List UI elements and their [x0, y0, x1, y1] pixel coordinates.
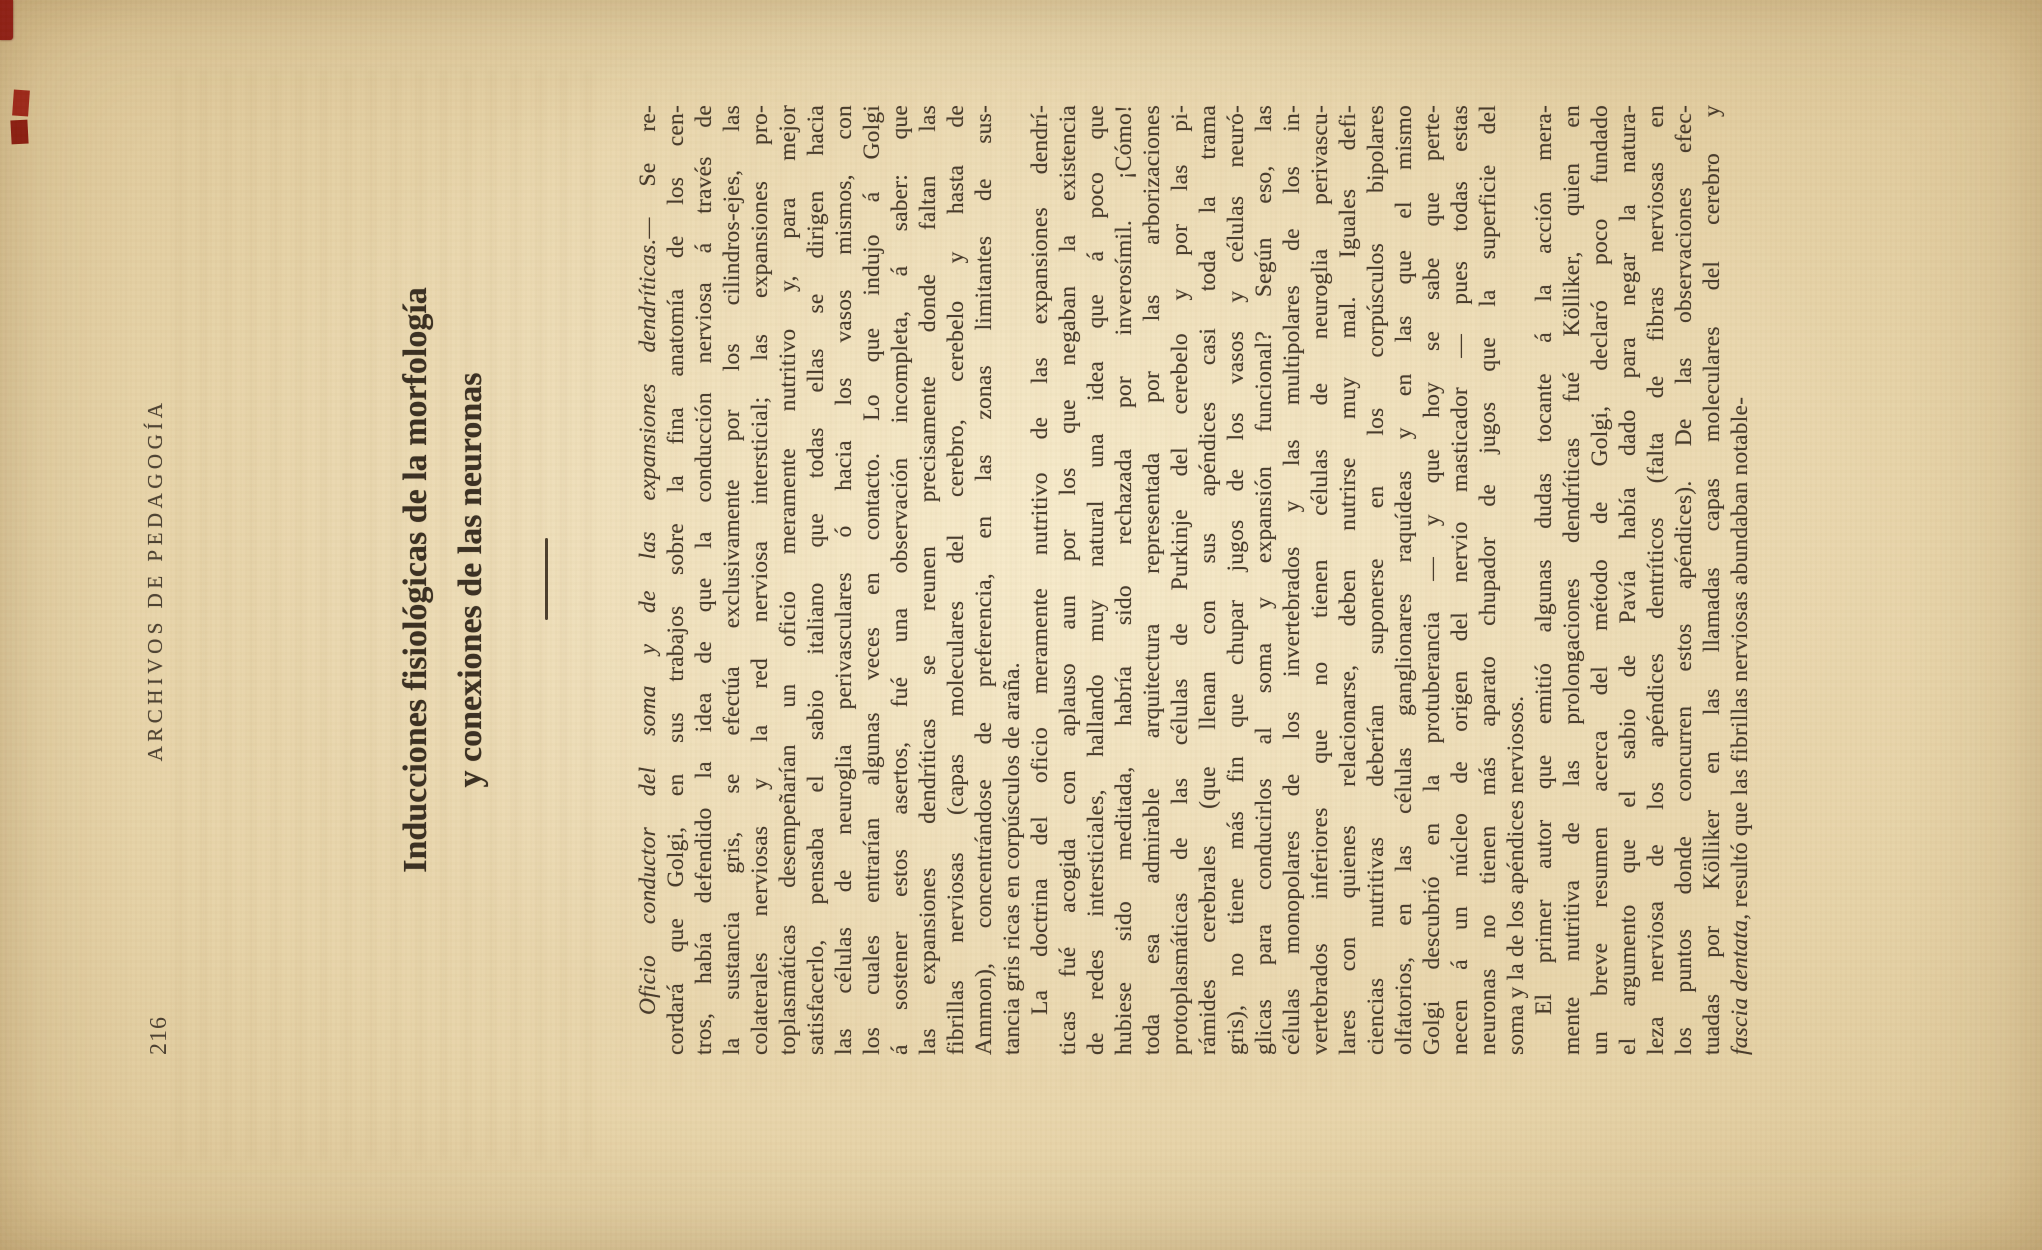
text-line: los puntos donde concurren estos apéndic…	[1670, 105, 1698, 1055]
text-line: mente nutritiva de las prolongaciones de…	[1558, 105, 1586, 1055]
text: á sostener estos asertos, fué una observ…	[887, 105, 913, 1055]
text-line: soma y la de los apéndices nerviosos.	[1502, 105, 1530, 1055]
document-page: 216 ARCHIVOS DE PEDAGOGÍA Inducciones fi…	[0, 0, 2042, 1250]
text-line: los cuales entrarían algunas veces en co…	[858, 105, 886, 1055]
journal-title: ARCHIVOS DE PEDAGOGÍA	[143, 105, 168, 1055]
text: los cuales entrarían algunas veces en co…	[859, 105, 885, 1055]
text: Ammon), concentrándose de preferencia, e…	[971, 105, 997, 1055]
text-line: tancia gris ricas en corpúsculos de arañ…	[998, 105, 1026, 1055]
text-line: células monopolares de los invertebrados…	[1278, 105, 1306, 1055]
text-line: neuronas no tienen más aparato chupador …	[1474, 105, 1502, 1055]
text: colaterales nerviosas y la red nerviosa …	[747, 105, 773, 1055]
text: lares con quienes relacionarse, deben nu…	[1335, 105, 1361, 1055]
text-line: glicas para conducirlos al soma y expans…	[1250, 105, 1278, 1055]
text: hubiese sido meditada, habría sido recha…	[1111, 105, 1137, 1055]
text: vertebrados inferiores que no tienen cél…	[1307, 105, 1333, 1055]
text-line: necen á un núcleo de origen del nervio m…	[1446, 105, 1474, 1055]
text: las expansiones dendríticas se reunen pr…	[915, 105, 941, 1055]
article-title-line1: Inducciones fisiológicas de la morfologí…	[388, 105, 443, 1055]
text-line: de redes intersticiales, hallando muy na…	[1082, 105, 1110, 1055]
text-line: fibrillas nerviosas (capas moleculares d…	[942, 105, 970, 1055]
text: de redes intersticiales, hallando muy na…	[1083, 105, 1109, 1055]
text-line: protoplasmáticas de las células de Purki…	[1166, 105, 1194, 1055]
text-line: las células de neuroglia perivasculares …	[830, 105, 858, 1055]
text-line: lares con quienes relacionarse, deben nu…	[1334, 105, 1362, 1055]
text: ciencias nutritivas deberían suponerse e…	[1363, 105, 1389, 1055]
text-line: toplasmáticas desempeñarían un oficio me…	[774, 105, 802, 1055]
text: las células de neuroglia perivasculares …	[831, 105, 857, 1055]
page-number: 216	[146, 1016, 173, 1055]
text-line: la sustancia gris, se efectúa exclusivam…	[718, 105, 746, 1055]
text: rámides cerebrales (que llenan con sus a…	[1195, 105, 1221, 1055]
text: gris), no tiene más fin que chupar jugos…	[1223, 105, 1249, 1055]
text: El primer autor que emitió algunas dudas…	[1531, 105, 1557, 1015]
text: olfatorios, en las células ganglionares …	[1391, 105, 1417, 1055]
italic-text: Oficio conductor del soma y de las expan…	[635, 217, 661, 1015]
text: protoplasmáticas de las células de Purki…	[1167, 105, 1193, 1055]
text-line: colaterales nerviosas y la red nerviosa …	[746, 105, 774, 1055]
text-line: satisfacerlo, pensaba el sabio italiano …	[802, 105, 830, 1055]
text: La doctrina del oficio meramente nutriti…	[1027, 105, 1053, 1015]
text-line: á sostener estos asertos, fué una observ…	[886, 105, 914, 1055]
text: tros, había defendido la idea de que la …	[691, 105, 717, 1055]
text-line: un breve resumen acerca del método de Go…	[1586, 105, 1614, 1055]
italic-text: fascia dentata,	[1727, 914, 1753, 1055]
text-line: El primer autor que emitió algunas dudas…	[1530, 105, 1558, 1055]
text: un breve resumen acerca del método de Go…	[1587, 105, 1613, 1055]
text: toplasmáticas desempeñarían un oficio me…	[775, 105, 801, 1055]
text-line: leza nerviosa de los apéndices dentrític…	[1642, 105, 1670, 1055]
text-line: vertebrados inferiores que no tienen cél…	[1306, 105, 1334, 1055]
article-title: Inducciones fisiológicas de la morfologí…	[388, 105, 498, 1055]
text-line: hubiese sido meditada, habría sido recha…	[1110, 105, 1138, 1055]
text: fibrillas nerviosas (capas moleculares d…	[943, 105, 969, 1055]
text-line: olfatorios, en las células ganglionares …	[1390, 105, 1418, 1055]
text: el argumento que el sabio de Pavía había…	[1615, 105, 1641, 1055]
text-line: ticas fué acogida con aplauso aun por lo…	[1054, 105, 1082, 1055]
text-line: rámides cerebrales (que llenan con sus a…	[1194, 105, 1222, 1055]
text-line: La doctrina del oficio meramente nutriti…	[1026, 105, 1054, 1055]
text: la sustancia gris, se efectúa exclusivam…	[719, 105, 745, 1055]
text: toda esa admirable arquitectura represen…	[1139, 105, 1165, 1055]
text-line: Ammon), concentrándose de preferencia, e…	[970, 105, 998, 1055]
text-line: fascia dentata, resultó que las fibrilla…	[1726, 105, 1754, 1055]
text-line: toda esa admirable arquitectura represen…	[1138, 105, 1166, 1055]
text-line: las expansiones dendríticas se reunen pr…	[914, 105, 942, 1055]
text-line: tuadas por Kölliker en las llamadas capa…	[1698, 105, 1726, 1055]
text: resultó que las fibrillas nerviosas abun…	[1727, 397, 1753, 914]
scanned-page-background: 216 ARCHIVOS DE PEDAGOGÍA Inducciones fi…	[0, 0, 2042, 1250]
text-line: tros, había defendido la idea de que la …	[690, 105, 718, 1055]
running-header: 216 ARCHIVOS DE PEDAGOGÍA	[143, 105, 177, 1055]
text: soma y la de los apéndices nerviosos.	[1503, 696, 1529, 1055]
text: leza nerviosa de los apéndices dentrític…	[1643, 105, 1669, 1055]
text-line: el argumento que el sabio de Pavía había…	[1614, 105, 1642, 1055]
text: necen á un núcleo de origen del nervio m…	[1447, 105, 1473, 1055]
text: glicas para conducirlos al soma y expans…	[1251, 105, 1277, 1055]
text-line: ciencias nutritivas deberían suponerse e…	[1362, 105, 1390, 1055]
text-line: cordará que Golgi, en sus trabajos sobre…	[662, 105, 690, 1055]
text: células monopolares de los invertebrados…	[1279, 105, 1305, 1055]
text: los puntos donde concurren estos apéndic…	[1671, 105, 1697, 1055]
text: satisfacerlo, pensaba el sabio italiano …	[803, 105, 829, 1055]
article-body: Oficio conductor del soma y de las expan…	[634, 105, 1754, 1055]
article-title-line2: y conexiones de las neuronas	[443, 105, 498, 1055]
text-line: Golgi descubrió en la protuberancia — y …	[1418, 105, 1446, 1055]
text: neuronas no tienen más aparato chupador …	[1475, 105, 1501, 1055]
text: cordará que Golgi, en sus trabajos sobre…	[663, 105, 689, 1055]
text-line: gris), no tiene más fin que chupar jugos…	[1222, 105, 1250, 1055]
text: tancia gris ricas en corpúsculos de arañ…	[999, 662, 1025, 1055]
text: Se re-	[635, 105, 661, 217]
text: Golgi descubrió en la protuberancia — y …	[1419, 105, 1445, 1055]
text: ticas fué acogida con aplauso aun por lo…	[1055, 105, 1081, 1055]
title-divider	[545, 538, 548, 620]
text: mente nutritiva de las prolongaciones de…	[1559, 105, 1585, 1055]
text-line: Oficio conductor del soma y de las expan…	[634, 105, 662, 1055]
text: tuadas por Kölliker en las llamadas capa…	[1699, 105, 1725, 1055]
